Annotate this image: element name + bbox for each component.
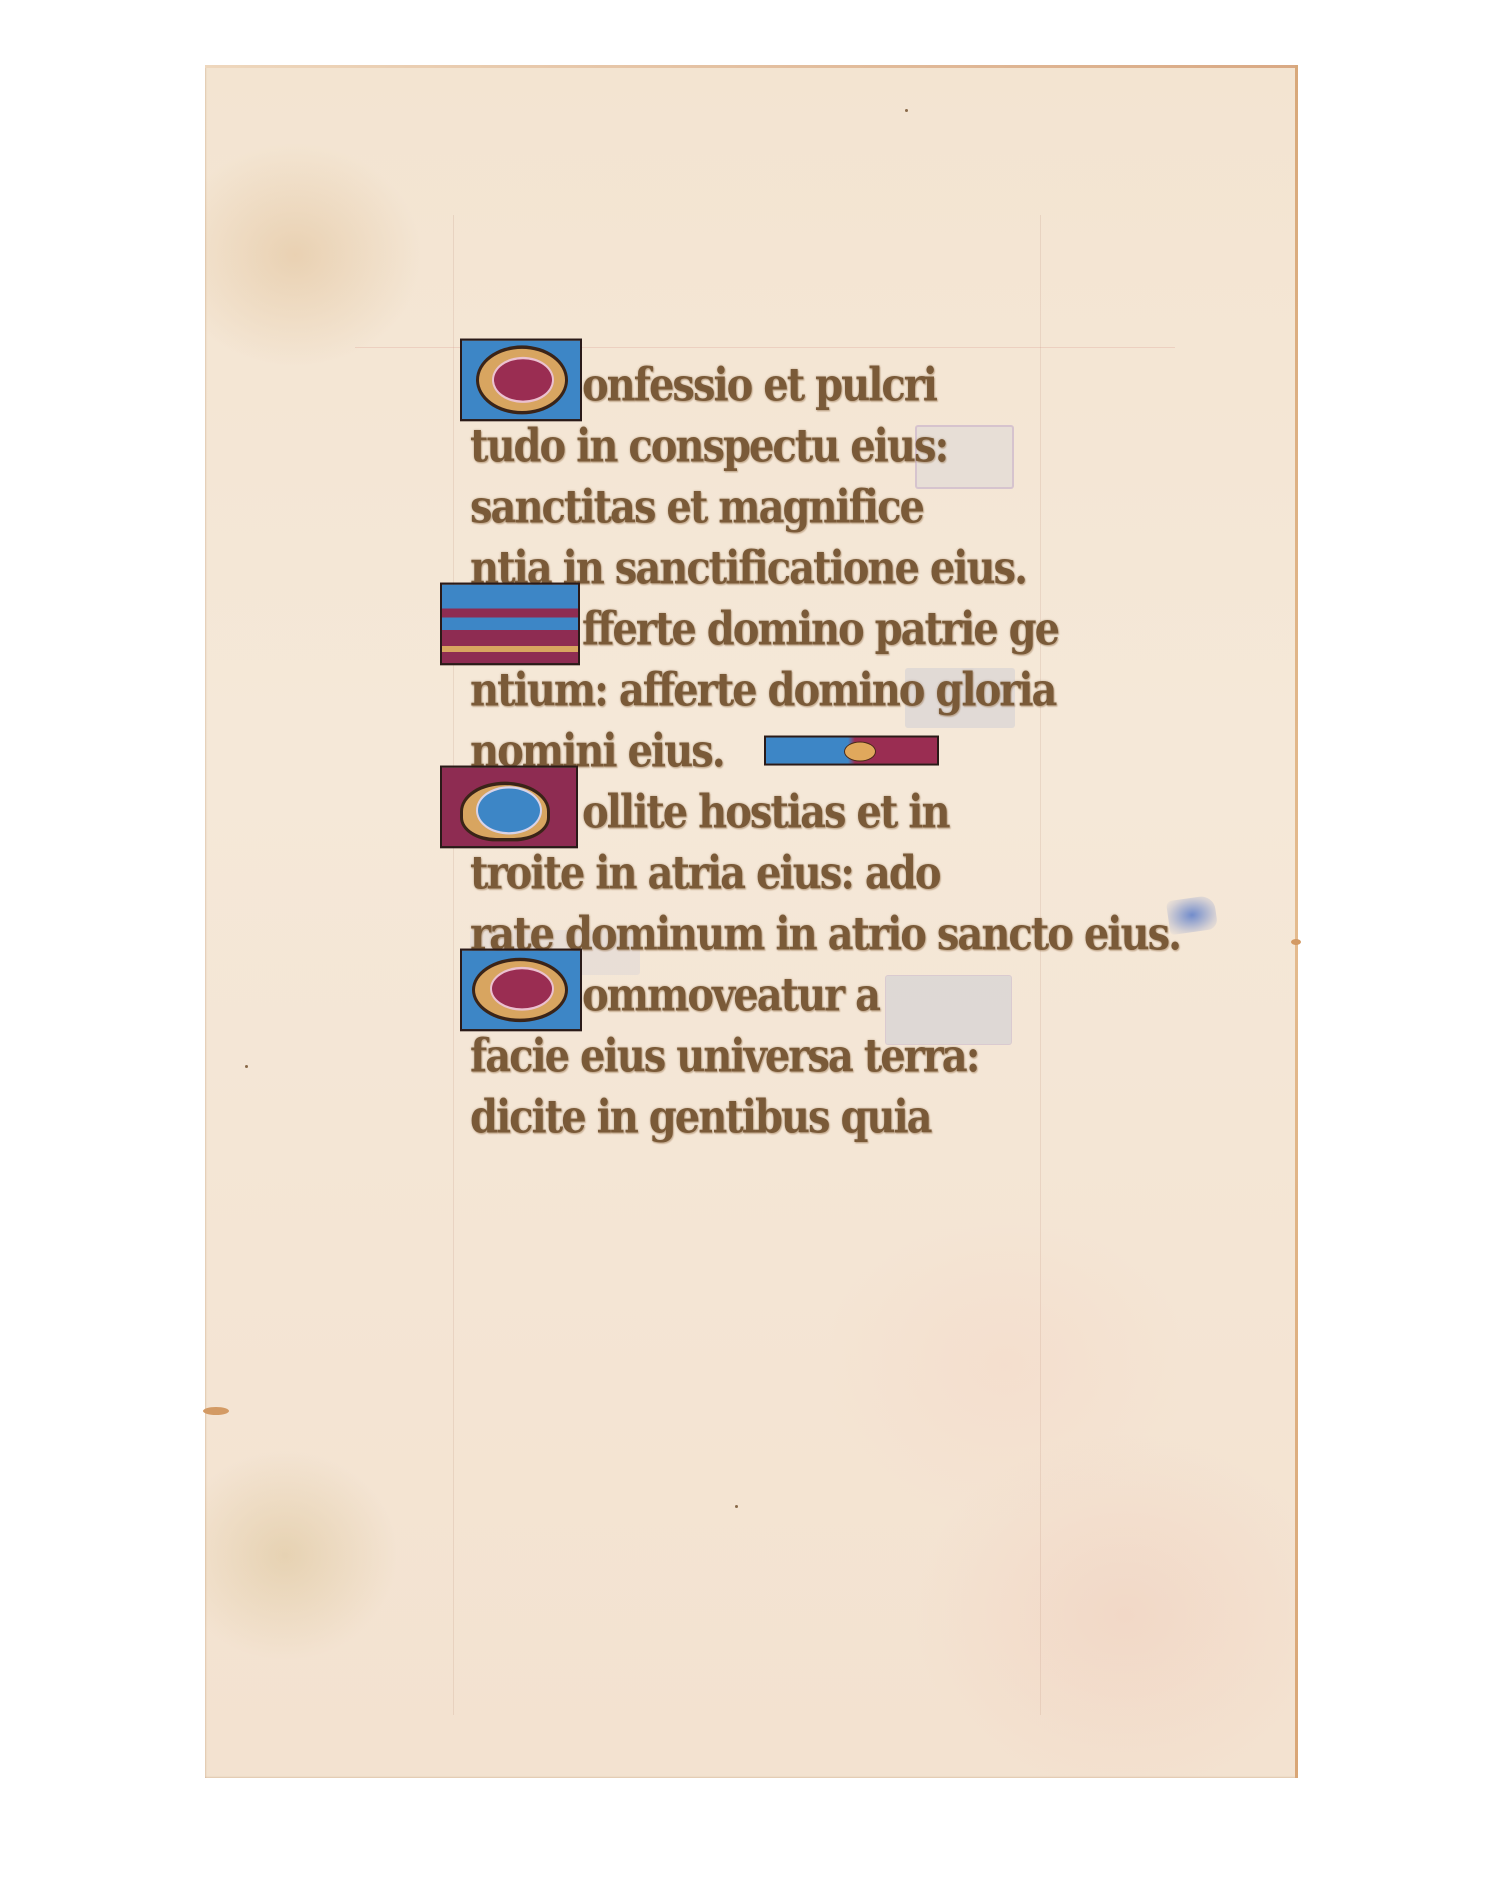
- text-line: onfessio et pulcri: [470, 345, 1030, 415]
- line-text: dicite in gentibus quia: [470, 1081, 931, 1151]
- fleck: [905, 109, 908, 112]
- ruling-line-left: [453, 215, 454, 1715]
- initial-crimson-core: [492, 357, 554, 403]
- text-block: onfessio et pulcri tudo in conspectu eiu…: [470, 350, 1030, 1143]
- leaf-top-edge: [205, 65, 1298, 68]
- edge-nick: [203, 1407, 229, 1415]
- text-line: dicite in gentibus quia: [470, 1077, 1030, 1147]
- edge-nick: [1291, 939, 1301, 945]
- text-line: tudo in conspectu eius:: [470, 406, 1030, 476]
- text-line: fferte domino patrie ge: [470, 589, 1030, 659]
- text-line: ommoveatur a: [470, 955, 1030, 1025]
- text-line: facie eius universa terra:: [470, 1016, 1030, 1086]
- line-filler: [764, 736, 939, 766]
- line-filler-gold-bead: [844, 742, 876, 762]
- initial-crimson-core: [490, 967, 554, 1011]
- leaf-right-edge: [1295, 65, 1298, 1778]
- text-line: sanctitas et magnifice: [470, 467, 1030, 537]
- text-line: ollite hostias et in: [470, 772, 1030, 842]
- text-line: troite in atria eius: ado: [470, 833, 1030, 903]
- fleck: [245, 1065, 248, 1068]
- fleck: [735, 1505, 738, 1508]
- initial-blue-core: [476, 786, 542, 834]
- text-line: ntium: afferte domino gloria: [470, 650, 1030, 720]
